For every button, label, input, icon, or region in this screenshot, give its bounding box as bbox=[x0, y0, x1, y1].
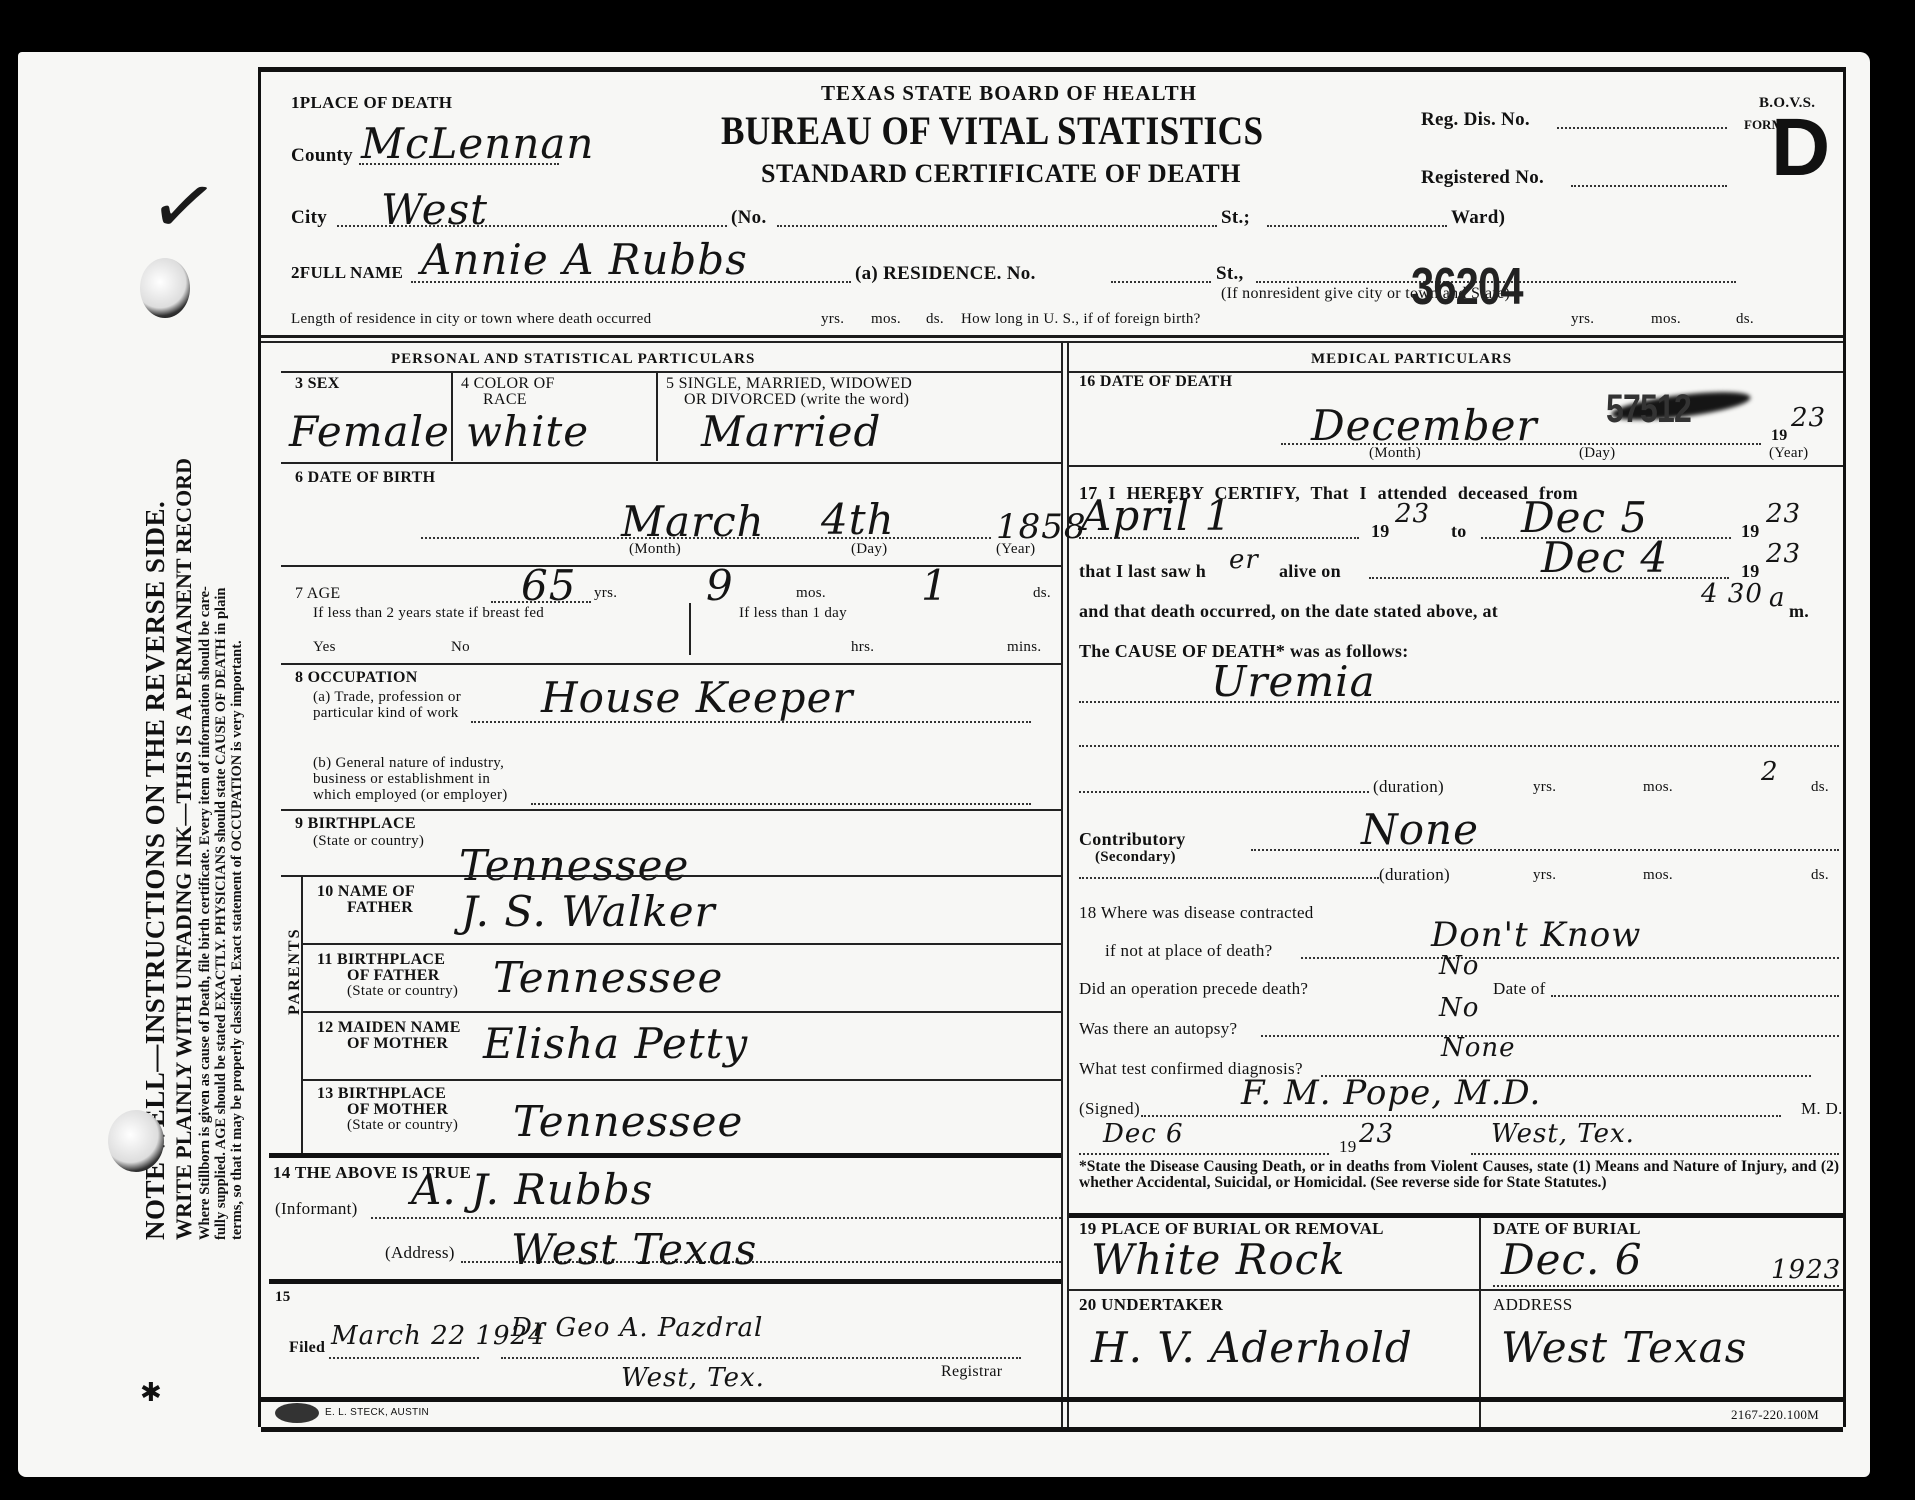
city-label: City bbox=[291, 207, 327, 229]
breastfed-no-label: No bbox=[451, 639, 470, 656]
to-label: to bbox=[1451, 521, 1467, 542]
physician-signature: F. M. Pope, M.D. bbox=[1241, 1073, 1541, 1113]
undertaker-label: 20 UNDERTAKER bbox=[1079, 1295, 1223, 1315]
registrar-name: Dr Geo A. Pazdral bbox=[511, 1313, 763, 1343]
birthplace-value: Tennessee bbox=[459, 841, 689, 890]
last-saw-year: 23 bbox=[1766, 539, 1801, 569]
operation-date-label: Date of bbox=[1493, 979, 1546, 999]
contracted-label-1: 18 Where was disease contracted bbox=[1079, 903, 1314, 923]
form-letter: D bbox=[1771, 107, 1830, 189]
operation-value: No bbox=[1439, 951, 1479, 981]
sex-label: 3 SEX bbox=[295, 375, 340, 393]
contrib-ds-label: ds. bbox=[1811, 867, 1829, 884]
breastfed-label: If less than 2 years state if breast fed bbox=[313, 605, 544, 622]
diagnosis-test-value: None bbox=[1441, 1033, 1516, 1063]
mins-label: mins. bbox=[1007, 639, 1041, 656]
attended-to-year: 23 bbox=[1766, 499, 1801, 529]
signed-label: (Signed) bbox=[1079, 1099, 1140, 1119]
marital-value: Married bbox=[701, 407, 881, 456]
occupation-label: 8 OCCUPATION bbox=[295, 669, 418, 687]
occupation-a-label-2: particular kind of work bbox=[313, 705, 459, 722]
full-name-value: Annie A Rubbs bbox=[421, 235, 748, 284]
contributory-value: None bbox=[1361, 805, 1479, 854]
informant-label: (Informant) bbox=[275, 1199, 358, 1219]
contracted-value: Don't Know bbox=[1431, 915, 1641, 955]
street-label: St.; bbox=[1221, 207, 1250, 229]
side-unfading-ink: WRITE PLAINLY WITH UNFADING INK—THIS IS … bbox=[171, 458, 197, 1240]
undertaker-address-value: West Texas bbox=[1501, 1323, 1747, 1372]
contributory-label: Contributory bbox=[1079, 829, 1186, 850]
operation-label: Did an operation precede death? bbox=[1079, 979, 1308, 999]
county-value: McLennan bbox=[361, 119, 594, 168]
father-birthplace-value: Tennessee bbox=[493, 953, 723, 1002]
full-name-label: 2FULL NAME bbox=[291, 263, 403, 283]
occupation-b-label-1: (b) General nature of industry, bbox=[313, 755, 504, 772]
cause-ds-label: ds. bbox=[1811, 779, 1829, 796]
reg-dis-label: Reg. Dis. No. bbox=[1421, 109, 1530, 131]
last-saw-label: that I last saw h bbox=[1079, 561, 1206, 582]
age-mos-label: mos. bbox=[796, 585, 826, 602]
mother-birthplace-sublabel: (State or country) bbox=[347, 1117, 458, 1134]
contrib-yrs-label: yrs. bbox=[1533, 867, 1556, 884]
dob-label: 6 DATE OF BIRTH bbox=[295, 469, 435, 487]
medical-section-title: MEDICAL PARTICULARS bbox=[1311, 351, 1512, 368]
certificate-form: 1PLACE OF DEATH TEXAS STATE BOARD OF HEA… bbox=[258, 67, 1846, 1427]
personal-section-title: PERSONAL AND STATISTICAL PARTICULARS bbox=[391, 351, 755, 368]
signed-date: Dec 6 bbox=[1103, 1119, 1184, 1149]
dod-year-caption: (Year) bbox=[1769, 445, 1808, 462]
city-value: West bbox=[381, 185, 488, 234]
attended-from-year: 23 bbox=[1395, 499, 1430, 529]
attended-to-year-prefix: 19 bbox=[1741, 521, 1760, 542]
father-name-value: J. S. Walker bbox=[461, 887, 716, 936]
md-label: M. D. bbox=[1801, 1099, 1843, 1119]
dob-day-caption: (Day) bbox=[851, 541, 887, 558]
dob-month: March bbox=[621, 497, 765, 546]
age-months: 9 bbox=[706, 561, 734, 610]
contracted-label-2: if not at place of death? bbox=[1105, 941, 1273, 961]
mother-name-value: Elisha Petty bbox=[483, 1019, 748, 1068]
informant-address-value: West Texas bbox=[511, 1225, 757, 1274]
dod-day-caption: (Day) bbox=[1579, 445, 1615, 462]
cause-mos-label: mos. bbox=[1643, 779, 1673, 796]
dob-month-caption: (Month) bbox=[629, 541, 681, 558]
ward-label: Ward) bbox=[1451, 207, 1505, 229]
dod-label: 16 DATE OF DEATH bbox=[1079, 373, 1232, 391]
cause-value: Uremia bbox=[1211, 657, 1376, 706]
cause-duration-label: (duration) bbox=[1373, 777, 1444, 797]
autopsy-label: Was there an autopsy? bbox=[1079, 1019, 1237, 1039]
burial-place-value: White Rock bbox=[1091, 1235, 1346, 1284]
less-than-day-label: If less than 1 day bbox=[739, 605, 847, 622]
punch-hole-upper bbox=[140, 258, 190, 318]
punch-hole-lower bbox=[108, 1110, 164, 1172]
dob-day: 4th bbox=[821, 495, 895, 544]
length-mos-label: mos. bbox=[871, 311, 901, 328]
occupation-value: House Keeper bbox=[541, 673, 854, 722]
length-yrs-label: yrs. bbox=[821, 311, 844, 328]
age-yrs-label: yrs. bbox=[594, 585, 617, 602]
foreign-yrs-label: yrs. bbox=[1571, 311, 1594, 328]
registration-stamp: 36204 bbox=[1411, 257, 1523, 317]
printer-credit: E. L. STECK, AUSTIN bbox=[325, 1407, 429, 1418]
dod-year-prefix: 19 bbox=[1771, 427, 1788, 445]
parents-section-label: PARENTS bbox=[286, 928, 304, 1016]
dod-month: December bbox=[1311, 401, 1538, 450]
last-saw-pronoun: er bbox=[1229, 545, 1259, 575]
county-label: County bbox=[291, 145, 353, 167]
side-note-3: terms, so that it may be properly classi… bbox=[229, 458, 245, 1240]
form-word: FORM bbox=[1744, 117, 1756, 132]
cause-yrs-label: yrs. bbox=[1533, 779, 1556, 796]
form-title: STANDARD CERTIFICATE OF DEATH bbox=[761, 159, 1241, 189]
cause-footnote: *State the Disease Causing Death, or in … bbox=[1079, 1159, 1839, 1191]
contributory-duration-label: (duration) bbox=[1379, 865, 1450, 885]
mother-name-label-2: OF MOTHER bbox=[347, 1035, 448, 1053]
dod-day-stamp: 57512 bbox=[1606, 387, 1691, 432]
asterisk-mark-icon: ✱ bbox=[140, 1378, 162, 1408]
filed-label: Filed bbox=[289, 1339, 325, 1357]
dob-year-caption: (Year) bbox=[996, 541, 1035, 558]
secondary-label: (Secondary) bbox=[1095, 849, 1176, 866]
physician-address: West, Tex. bbox=[1491, 1119, 1635, 1149]
occupation-a-label-1: (a) Trade, profession or bbox=[313, 689, 461, 706]
burial-year: 1923 bbox=[1771, 1255, 1841, 1285]
attended-from-year-prefix: 19 bbox=[1371, 521, 1390, 542]
registrar-label: Registrar bbox=[941, 1363, 1002, 1381]
union-label-icon bbox=[275, 1403, 319, 1423]
length-residence-label: Length of residence in city or town wher… bbox=[291, 311, 651, 328]
sex-value: Female bbox=[289, 407, 450, 456]
foreign-mos-label: mos. bbox=[1651, 311, 1681, 328]
age-days: 1 bbox=[921, 561, 949, 610]
length-ds-label: ds. bbox=[926, 311, 944, 328]
attended-from-date: April 1 bbox=[1081, 491, 1232, 540]
undertaker-value: H. V. Aderhold bbox=[1091, 1323, 1413, 1372]
registrar-place: West, Tex. bbox=[621, 1363, 765, 1393]
foreign-ds-label: ds. bbox=[1736, 311, 1754, 328]
informant-value: A. J. Rubbs bbox=[411, 1165, 653, 1214]
signed-year-prefix: 19 bbox=[1339, 1137, 1357, 1157]
birthplace-label: 9 BIRTHPLACE bbox=[295, 815, 416, 833]
death-time-value: 4 30 bbox=[1701, 579, 1763, 609]
side-note-2: fully supplied. AGE should be stated EXA… bbox=[213, 458, 229, 1240]
race-value: white bbox=[466, 407, 589, 456]
father-name-label-2: FATHER bbox=[347, 899, 413, 917]
foreign-birth-label: How long in U. S., if of foreign birth? bbox=[961, 311, 1201, 328]
autopsy-value: No bbox=[1439, 993, 1479, 1023]
alive-on-label: alive on bbox=[1279, 561, 1341, 582]
informant-address-label: (Address) bbox=[385, 1243, 455, 1263]
mother-birthplace-value: Tennessee bbox=[513, 1097, 743, 1146]
death-time-label: and that death occurred, on the date sta… bbox=[1079, 601, 1498, 622]
burial-date-value: Dec. 6 bbox=[1501, 1235, 1642, 1284]
undertaker-address-label: ADDRESS bbox=[1493, 1295, 1573, 1315]
age-ds-label: ds. bbox=[1033, 585, 1051, 602]
father-birthplace-sublabel: (State or country) bbox=[347, 983, 458, 1000]
breastfed-yes-label: Yes bbox=[313, 639, 336, 656]
death-time-m-label: m. bbox=[1789, 601, 1809, 622]
agency-title: TEXAS STATE BOARD OF HEALTH bbox=[821, 81, 1197, 106]
dod-year: 23 bbox=[1791, 403, 1826, 433]
death-time-suffix: a bbox=[1769, 583, 1786, 613]
registered-no-label: Registered No. bbox=[1421, 167, 1544, 189]
side-note-1: Where Stillborn is given as cause of Dea… bbox=[197, 458, 213, 1240]
signed-year: 23 bbox=[1359, 1119, 1394, 1149]
birthplace-sublabel: (State or country) bbox=[313, 833, 424, 850]
form-code: 2167-220.100M bbox=[1731, 1407, 1819, 1423]
residence-label: (a) RESIDENCE. No. bbox=[855, 263, 1036, 285]
place-of-death-label: 1PLACE OF DEATH bbox=[291, 93, 452, 113]
hrs-label: hrs. bbox=[851, 639, 874, 656]
last-saw-date: Dec 4 bbox=[1541, 533, 1668, 582]
residence-st-label: St., bbox=[1216, 263, 1244, 285]
age-label: 7 AGE bbox=[295, 585, 341, 603]
age-years: 65 bbox=[521, 561, 576, 610]
filed-number: 15 bbox=[275, 1289, 291, 1306]
bureau-title: BUREAU OF VITAL STATISTICS bbox=[721, 107, 1264, 154]
occupation-b-label-2: business or establishment in bbox=[313, 771, 490, 788]
street-no-label: (No. bbox=[731, 207, 767, 229]
occupation-b-label-3: which employed (or employer) bbox=[313, 787, 508, 804]
cause-duration-days: 2 bbox=[1761, 757, 1779, 787]
dod-month-caption: (Month) bbox=[1369, 445, 1421, 462]
contrib-mos-label: mos. bbox=[1643, 867, 1673, 884]
